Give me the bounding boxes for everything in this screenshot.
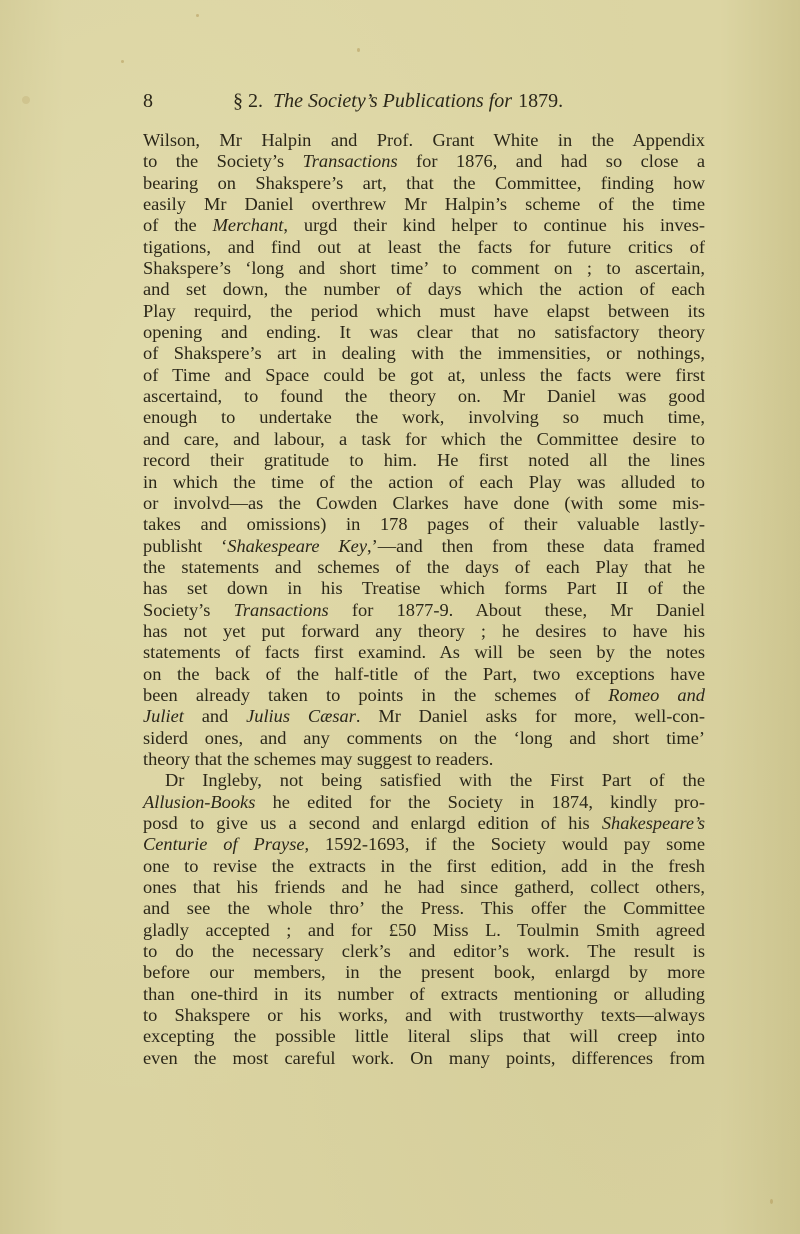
text-run: Wilson, Mr Halpin and Prof. Grant White … xyxy=(143,130,705,150)
text-line: statements of facts first examind. As wi… xyxy=(143,642,705,663)
text-run: he edited for the Society in 1874, kindl… xyxy=(255,792,705,812)
text-line: of Time and Space could be got at, unles… xyxy=(143,365,705,386)
text-line-content: gladly accepted ; and for £50 Miss L. To… xyxy=(143,920,705,941)
text-line-content: record their gratitude to him. He first … xyxy=(143,450,705,471)
text-line-content: than one-third in its number of extracts… xyxy=(143,984,705,1005)
text-line: the statements and schemes of the days o… xyxy=(143,557,705,578)
italic-title: Transactions xyxy=(234,600,329,620)
running-title: The Society’s Publications for xyxy=(273,90,512,112)
text-line: opening and ending. It was clear that no… xyxy=(143,322,705,343)
italic-title: Romeo and xyxy=(608,685,705,705)
section-heading: § 2.The Society’s Publications for1879. xyxy=(233,89,563,113)
text-line-content: has set down in his Treatise which forms… xyxy=(143,578,705,599)
text-line-content: enough to undertake the work, involving … xyxy=(143,407,705,428)
running-head: 8 § 2.The Society’s Publications for1879… xyxy=(143,89,613,113)
text-run: of Time and Space could be got at, unles… xyxy=(143,365,705,385)
text-line-content: Society’s Transactions for 1877-9. About… xyxy=(143,600,705,621)
text-run: easily Mr Daniel overthrew Mr Halpin’s s… xyxy=(143,194,705,214)
text-line: in which the time of the action of each … xyxy=(143,472,705,493)
text-run: for 1876, and had so close a xyxy=(398,151,705,171)
text-line-content: Juliet and Julius Cæsar. Mr Daniel asks … xyxy=(143,706,705,727)
text-line-content: Dr Ingleby, not being satisfied with the… xyxy=(165,770,705,791)
text-line-content: and set down, the number of days which t… xyxy=(143,279,705,300)
text-run: on the back of the half-title of the Par… xyxy=(143,664,705,684)
text-line: Shakspere’s ‘long and short time’ to com… xyxy=(143,258,705,279)
text-line: easily Mr Daniel overthrew Mr Halpin’s s… xyxy=(143,194,705,215)
text-line-content: excepting the possible little literal sl… xyxy=(143,1026,705,1047)
text-run: opening and ending. It was clear that no… xyxy=(143,322,705,342)
text-line-content: Centurie of Prayse, 1592-1693, if the So… xyxy=(143,834,705,855)
text-line: one to revise the extracts in the first … xyxy=(143,856,705,877)
text-line-content: opening and ending. It was clear that no… xyxy=(143,322,705,343)
italic-title: Juliet xyxy=(143,706,184,726)
text-line: Juliet and Julius Cæsar. Mr Daniel asks … xyxy=(143,706,705,727)
text-run: Play requird, the period which must have… xyxy=(143,301,705,321)
text-line-content: statements of facts first examind. As wi… xyxy=(143,642,705,663)
italic-title: Shakespeare Key xyxy=(227,536,367,556)
book-page: 8 § 2.The Society’s Publications for1879… xyxy=(0,0,800,1234)
text-run: to the Society’s xyxy=(143,151,303,171)
text-line: excepting the possible little literal sl… xyxy=(143,1026,705,1047)
text-run: theory that the schemes may suggest to r… xyxy=(143,749,493,769)
text-line: has not yet put forward any theory ; he … xyxy=(143,621,705,642)
text-run: Shakspere’s ‘long and short time’ to com… xyxy=(143,258,705,278)
text-run: for 1877-9. About these, Mr Daniel xyxy=(329,600,705,620)
text-run: and xyxy=(184,706,246,726)
italic-title: Centurie of Prayse xyxy=(143,834,305,854)
text-line: been already taken to points in the sche… xyxy=(143,685,705,706)
text-line: Play requird, the period which must have… xyxy=(143,301,705,322)
text-line-content: takes and omissions) in 178 pages of the… xyxy=(143,514,705,535)
text-run: the statements and schemes of the days o… xyxy=(143,557,705,577)
text-line-content: bearing on Shakspere’s art, that the Com… xyxy=(143,173,705,194)
text-line-content: posd to give us a second and enlargd edi… xyxy=(143,813,705,834)
text-line: bearing on Shakspere’s art, that the Com… xyxy=(143,173,705,194)
text-line: before our members, in the present book,… xyxy=(143,962,705,983)
text-run: to Shakspere or his works, and with trus… xyxy=(143,1005,705,1025)
text-run: ascertaind, to found the theory on. Mr D… xyxy=(143,386,705,406)
text-line-content: Allusion-Books he edited for the Society… xyxy=(143,792,705,813)
text-line: record their gratitude to him. He first … xyxy=(143,450,705,471)
text-line-content: siderd ones, and any comments on the ‘lo… xyxy=(143,728,705,749)
text-line-content: easily Mr Daniel overthrew Mr Halpin’s s… xyxy=(143,194,705,215)
text-run: to do the necessary clerk’s and editor’s… xyxy=(143,941,705,961)
text-line: siderd ones, and any comments on the ‘lo… xyxy=(143,728,705,749)
italic-title: Merchant xyxy=(213,215,284,235)
text-line-content: ascertaind, to found the theory on. Mr D… xyxy=(143,386,705,407)
text-line: Allusion-Books he edited for the Society… xyxy=(143,792,705,813)
text-line-content: of Shakspere’s art in dealing with the i… xyxy=(143,343,705,364)
text-run: has set down in his Treatise which forms… xyxy=(143,578,705,598)
text-line-content: to Shakspere or his works, and with trus… xyxy=(143,1005,705,1026)
paper-speck xyxy=(357,48,360,52)
text-line: ones that his friends and he had since g… xyxy=(143,877,705,898)
text-run: , urgd their kind helper to continue his… xyxy=(283,215,705,235)
text-run: in which the time of the action of each … xyxy=(143,472,705,492)
text-run: Dr Ingleby, not being satisfied with the… xyxy=(165,770,705,790)
text-line-content: publisht ‘Shakespeare Key,’—and then fro… xyxy=(143,536,705,557)
text-line: ascertaind, to found the theory on. Mr D… xyxy=(143,386,705,407)
text-run: statements of facts first examind. As wi… xyxy=(143,642,705,662)
text-line: and care, and labour, a task for which t… xyxy=(143,429,705,450)
text-line: to the Society’s Transactions for 1876, … xyxy=(143,151,705,172)
text-line-content: Shakspere’s ‘long and short time’ to com… xyxy=(143,258,705,279)
text-run: or involvd—as the Cowden Clarkes have do… xyxy=(143,493,705,513)
text-run: and see the whole thro’ the Press. This … xyxy=(143,898,705,918)
text-line: to Shakspere or his works, and with trus… xyxy=(143,1005,705,1026)
text-line-content: has not yet put forward any theory ; he … xyxy=(143,621,705,642)
text-run: gladly accepted ; and for £50 Miss L. To… xyxy=(143,920,705,940)
text-line: Wilson, Mr Halpin and Prof. Grant White … xyxy=(143,130,705,151)
text-line-content: been already taken to points in the sche… xyxy=(143,685,705,706)
page-number: 8 xyxy=(143,89,153,113)
paper-speck xyxy=(770,1199,773,1204)
text-line: on the back of the half-title of the Par… xyxy=(143,664,705,685)
text-run: and care, and labour, a task for which t… xyxy=(143,429,705,449)
text-line-content: theory that the schemes may suggest to r… xyxy=(143,749,705,770)
text-line: gladly accepted ; and for £50 Miss L. To… xyxy=(143,920,705,941)
text-line-content: before our members, in the present book,… xyxy=(143,962,705,983)
text-run: one to revise the extracts in the first … xyxy=(143,856,705,876)
text-line-content: of Time and Space could be got at, unles… xyxy=(143,365,705,386)
section-number: § 2. xyxy=(233,90,263,112)
text-line-content: and see the whole thro’ the Press. This … xyxy=(143,898,705,919)
text-line-content: or involvd—as the Cowden Clarkes have do… xyxy=(143,493,705,514)
text-line: Society’s Transactions for 1877-9. About… xyxy=(143,600,705,621)
text-line: enough to undertake the work, involving … xyxy=(143,407,705,428)
text-run: takes and omissions) in 178 pages of the… xyxy=(143,514,705,534)
text-line: even the most careful work. On many poin… xyxy=(143,1048,705,1069)
text-line: and see the whole thro’ the Press. This … xyxy=(143,898,705,919)
text-run: . Mr Daniel asks for more, well-con- xyxy=(356,706,705,726)
text-run: before our members, in the present book,… xyxy=(143,962,705,982)
text-run: been already taken to points in the sche… xyxy=(143,685,608,705)
paper-speck xyxy=(121,60,124,63)
text-line-content: ones that his friends and he had since g… xyxy=(143,877,705,898)
text-run: enough to undertake the work, involving … xyxy=(143,407,705,427)
text-run: of Shakspere’s art in dealing with the i… xyxy=(143,343,705,363)
italic-title: Transactions xyxy=(303,151,398,171)
text-line: Dr Ingleby, not being satisfied with the… xyxy=(143,770,705,791)
text-line-content: to the Society’s Transactions for 1876, … xyxy=(143,151,705,172)
text-run: tigations, and find out at least the fac… xyxy=(143,237,705,257)
text-line: than one-third in its number of extracts… xyxy=(143,984,705,1005)
text-run: record their gratitude to him. He first … xyxy=(143,450,705,470)
text-line-content: tigations, and find out at least the fac… xyxy=(143,237,705,258)
text-line: posd to give us a second and enlargd edi… xyxy=(143,813,705,834)
text-run: , 1592-1693, if the Society would pay so… xyxy=(305,834,705,854)
text-line: to do the necessary clerk’s and editor’s… xyxy=(143,941,705,962)
text-run: of the xyxy=(143,215,213,235)
text-line: of Shakspere’s art in dealing with the i… xyxy=(143,343,705,364)
text-line-content: on the back of the half-title of the Par… xyxy=(143,664,705,685)
text-run: siderd ones, and any comments on the ‘lo… xyxy=(143,728,705,748)
text-line-content: even the most careful work. On many poin… xyxy=(143,1048,705,1069)
text-run: even the most careful work. On many poin… xyxy=(143,1048,705,1068)
text-line-content: Wilson, Mr Halpin and Prof. Grant White … xyxy=(143,130,705,151)
text-line: Centurie of Prayse, 1592-1693, if the So… xyxy=(143,834,705,855)
text-line-content: the statements and schemes of the days o… xyxy=(143,557,705,578)
paper-speck xyxy=(22,96,30,104)
text-line: or involvd—as the Cowden Clarkes have do… xyxy=(143,493,705,514)
text-line-content: in which the time of the action of each … xyxy=(143,472,705,493)
text-line-content: to do the necessary clerk’s and editor’s… xyxy=(143,941,705,962)
text-line: takes and omissions) in 178 pages of the… xyxy=(143,514,705,535)
italic-title: Allusion-Books xyxy=(143,792,255,812)
italic-title: Shakespeare’s xyxy=(602,813,705,833)
text-line-content: and care, and labour, a task for which t… xyxy=(143,429,705,450)
italic-title: Julius Cæsar xyxy=(246,706,356,726)
text-line: theory that the schemes may suggest to r… xyxy=(143,749,705,770)
text-run: excepting the possible little literal sl… xyxy=(143,1026,705,1046)
text-run: ones that his friends and he had since g… xyxy=(143,877,705,897)
text-run: publisht ‘ xyxy=(143,536,227,556)
text-line: publisht ‘Shakespeare Key,’—and then fro… xyxy=(143,536,705,557)
text-run: has not yet put forward any theory ; he … xyxy=(143,621,705,641)
text-line: has set down in his Treatise which forms… xyxy=(143,578,705,599)
paper-speck xyxy=(196,14,199,17)
body-text: Wilson, Mr Halpin and Prof. Grant White … xyxy=(143,130,705,1069)
text-line-content: one to revise the extracts in the first … xyxy=(143,856,705,877)
text-run: ,’—and then from these data framed xyxy=(367,536,705,556)
text-line: of the Merchant, urgd their kind helper … xyxy=(143,215,705,236)
text-line: tigations, and find out at least the fac… xyxy=(143,237,705,258)
text-run: than one-third in its number of extracts… xyxy=(143,984,705,1004)
text-run: Society’s xyxy=(143,600,234,620)
running-title-year: 1879. xyxy=(518,90,563,112)
text-line: and set down, the number of days which t… xyxy=(143,279,705,300)
text-line-content: Play requird, the period which must have… xyxy=(143,301,705,322)
text-run: posd to give us a second and enlargd edi… xyxy=(143,813,602,833)
text-run: and set down, the number of days which t… xyxy=(143,279,705,299)
text-line-content: of the Merchant, urgd their kind helper … xyxy=(143,215,705,236)
text-run: bearing on Shakspere’s art, that the Com… xyxy=(143,173,705,193)
